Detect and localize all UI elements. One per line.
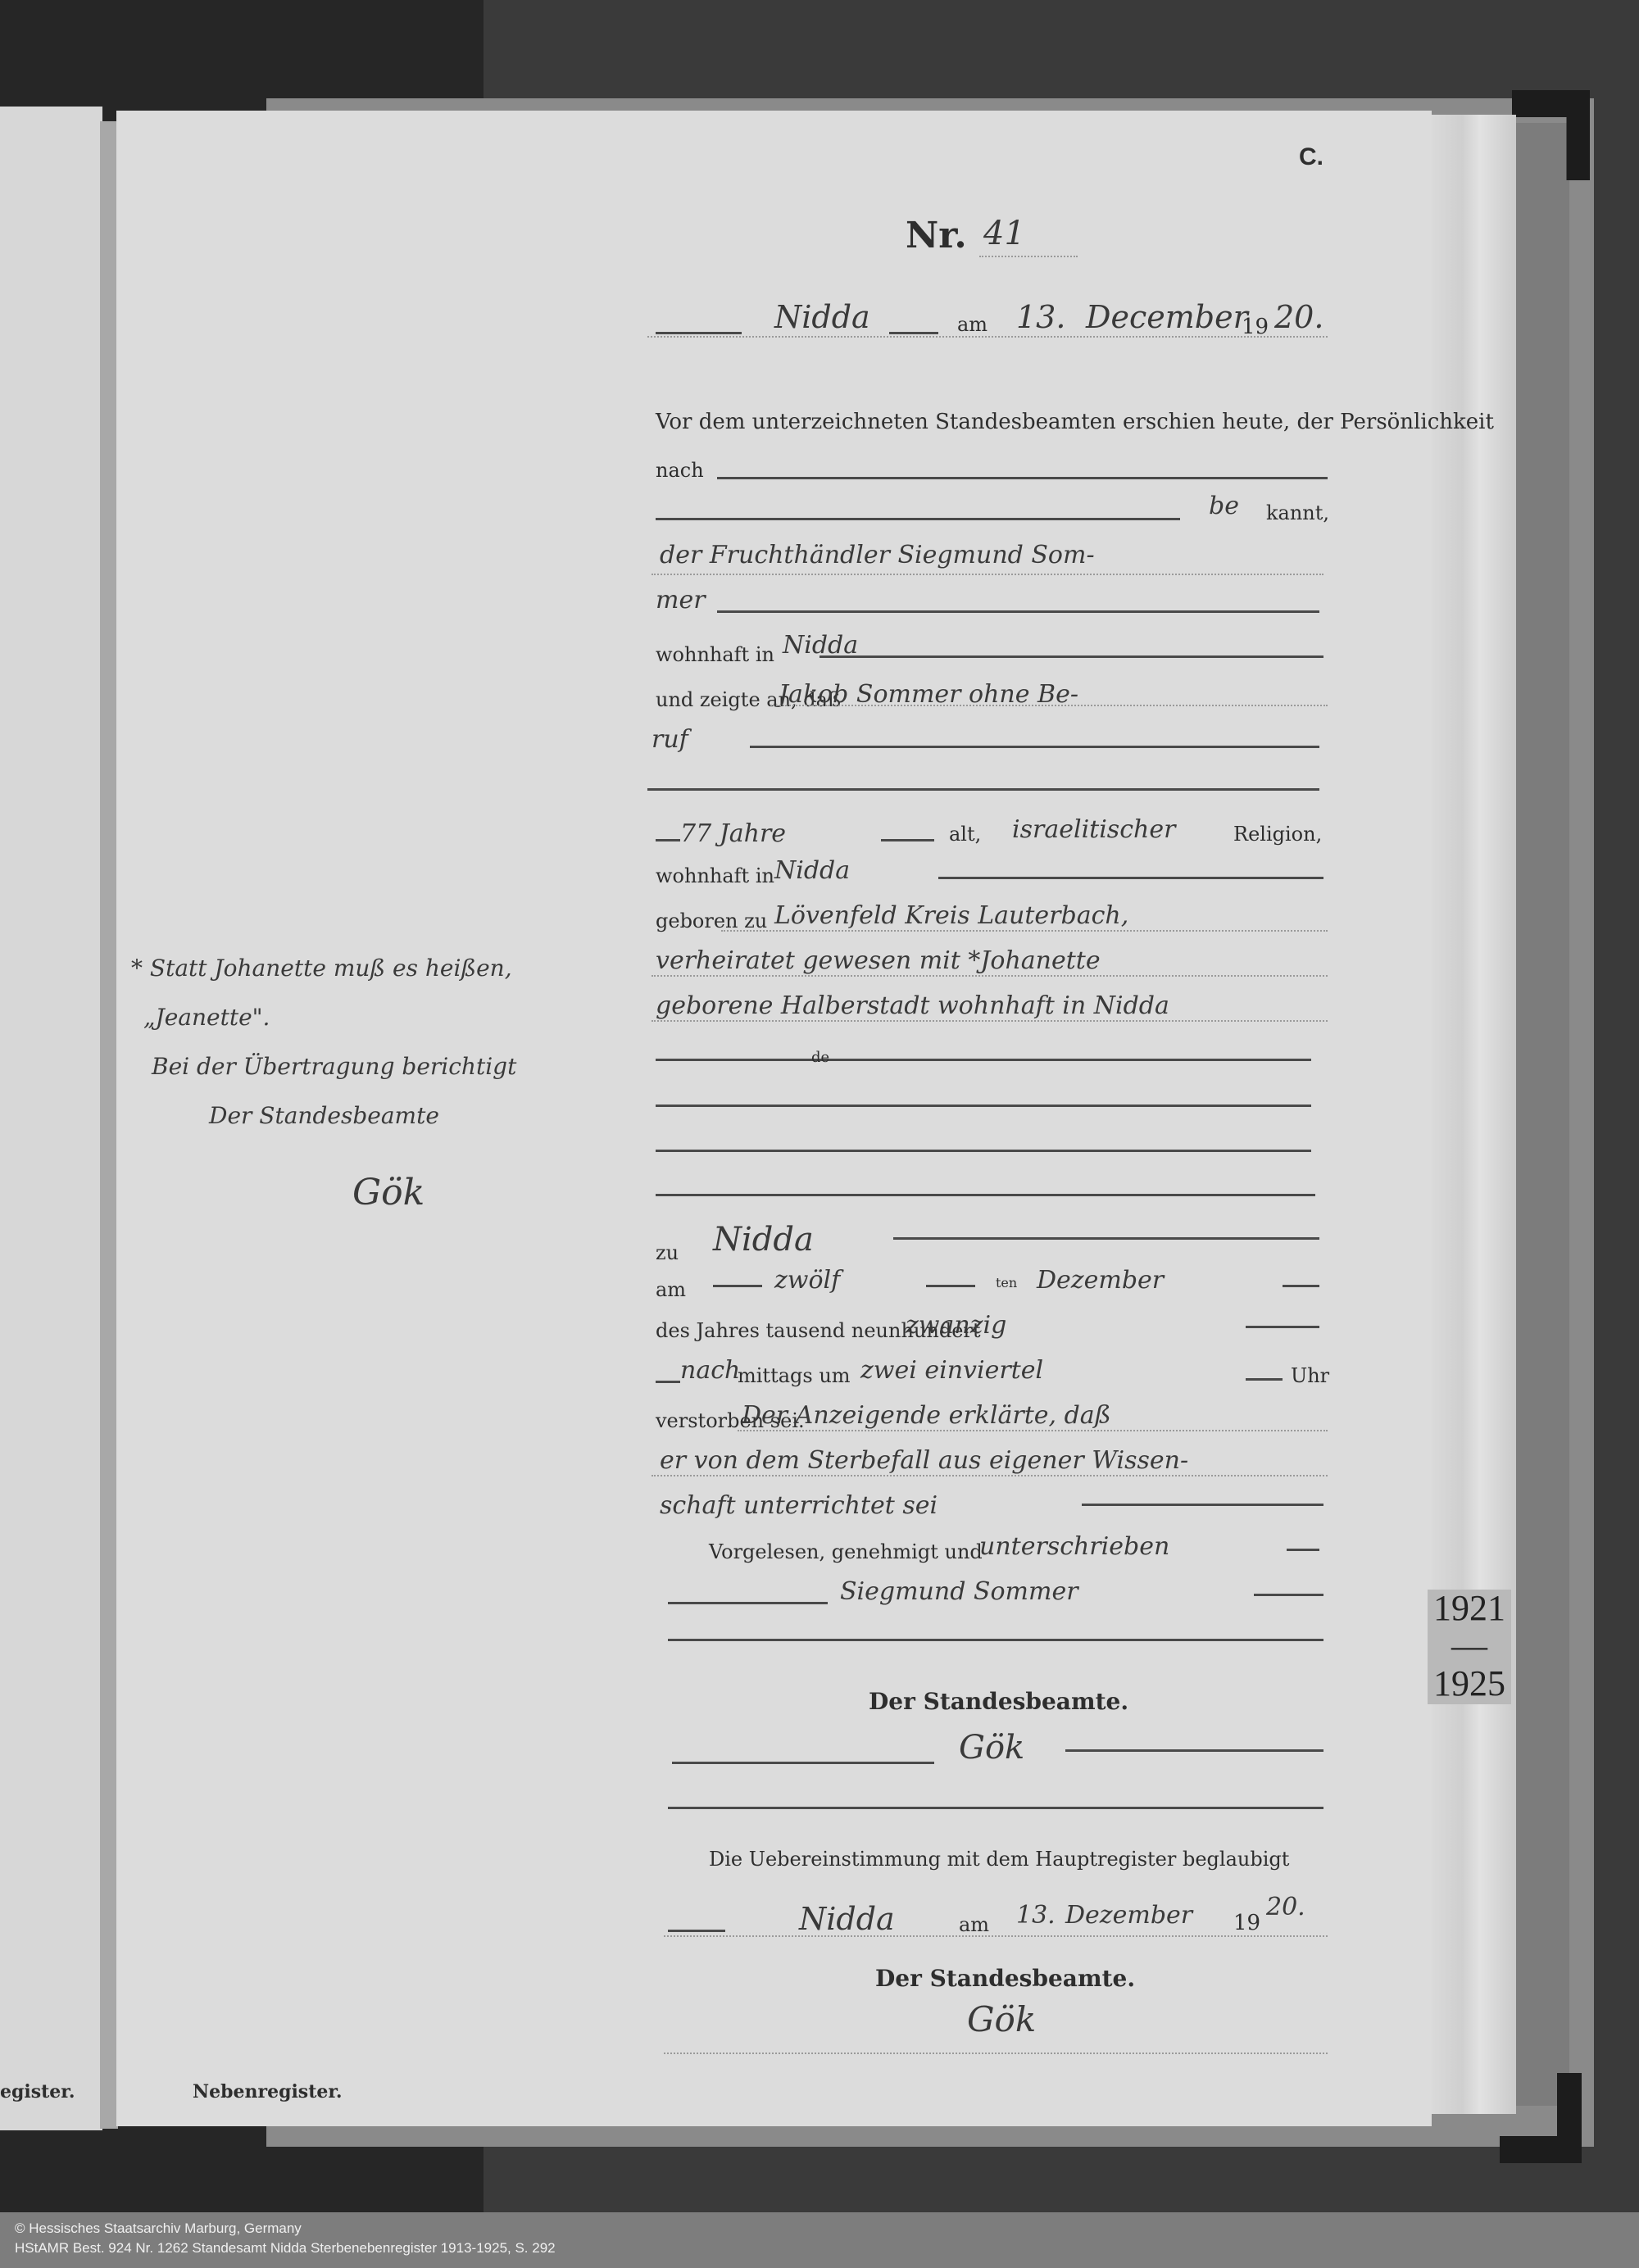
deceased-residence-label: wohnhaft in bbox=[656, 864, 774, 887]
register-label: Nebenregister. bbox=[193, 2081, 343, 2102]
geboren-label: geboren zu bbox=[656, 909, 767, 932]
intro-text: Vor dem unterzeichneten Standesbeamten e… bbox=[656, 410, 1494, 434]
mittags-label: mittags um bbox=[738, 1364, 851, 1387]
nach-hand: nach bbox=[680, 1356, 740, 1385]
spouse-line2: geborene Halberstadt wohnhaft in Nidda bbox=[656, 991, 1169, 1020]
cert-day: 13. bbox=[1016, 1901, 1056, 1930]
year-suffix: 20. bbox=[1274, 299, 1323, 335]
place: Nidda bbox=[774, 299, 870, 335]
tab-dash: — bbox=[1428, 1627, 1511, 1665]
statement-line2: er von dem Sterbefall aus eigener Wissen… bbox=[660, 1446, 1188, 1475]
date-month: December bbox=[1086, 299, 1248, 335]
death-place: Nidda bbox=[713, 1221, 814, 1259]
tab-year-end: 1925 bbox=[1428, 1665, 1511, 1703]
margin-note-line4: Der Standesbeamte bbox=[209, 1102, 439, 1129]
death-time: zwei einviertel bbox=[860, 1356, 1043, 1385]
number-value: 41 bbox=[983, 215, 1025, 252]
wohnhaft-label: wohnhaft in bbox=[656, 643, 774, 666]
bekannt-prefix: be bbox=[1209, 492, 1239, 520]
left-register-label: egister. bbox=[0, 2081, 75, 2102]
unterschrieben-hand: unterschrieben bbox=[979, 1532, 1169, 1561]
left-page bbox=[0, 107, 102, 2130]
cert-year-suffix: 20. bbox=[1266, 1893, 1305, 1921]
am-label: am bbox=[957, 313, 987, 336]
spouse-line1: verheiratet gewesen mit *Johanette bbox=[656, 946, 1101, 975]
number-label: Nr. bbox=[906, 215, 967, 256]
registrar-signature: Gök bbox=[959, 1729, 1024, 1767]
archive-footer: © Hessisches Staatsarchiv Marburg, Germa… bbox=[0, 2212, 1639, 2268]
cert-place: Nidda bbox=[799, 1901, 895, 1937]
age-value: 77 Jahre bbox=[680, 819, 786, 848]
de-label: de bbox=[811, 1049, 829, 1066]
birthplace: Lövenfeld Kreis Lauterbach, bbox=[774, 901, 1128, 930]
registrar-signature-2: Gök bbox=[967, 1999, 1036, 2039]
form-letter: C. bbox=[1299, 143, 1323, 171]
spine-year-tab: 1921 — 1925 bbox=[1428, 1590, 1511, 1704]
margin-note-line2: „Jeanette". bbox=[143, 1004, 270, 1031]
margin-note-line3: Bei der Übertragung berichtigt bbox=[152, 1053, 516, 1080]
deceased-residence: Nidda bbox=[774, 856, 850, 885]
margin-note-signature: Gök bbox=[352, 1172, 425, 1213]
alt-label: alt, bbox=[949, 823, 981, 846]
margin-note-line1: * Statt Johanette muß es heißen, bbox=[131, 955, 512, 982]
registrar-title-2: Der Standesbeamte. bbox=[875, 1965, 1135, 1992]
zu-label: zu bbox=[656, 1241, 679, 1264]
informant-line1: der Fruchthändler Siegmund Som- bbox=[660, 541, 1095, 569]
tab-year-start: 1921 bbox=[1428, 1590, 1511, 1627]
informant-signature: Siegmund Sommer bbox=[840, 1577, 1078, 1606]
death-day: zwölf bbox=[774, 1266, 840, 1295]
cert-year-prefix: 19 bbox=[1233, 1911, 1260, 1935]
deceased-line2: ruf bbox=[652, 725, 688, 754]
citation-text: HStAMR Best. 924 Nr. 1262 Standesamt Nid… bbox=[15, 2239, 1624, 2258]
death-year-word: zwanzig bbox=[906, 1311, 1006, 1340]
copyright-text: © Hessisches Staatsarchiv Marburg, Germa… bbox=[15, 2219, 1624, 2239]
ten-label: ten bbox=[996, 1275, 1017, 1290]
cert-am-label: am bbox=[959, 1913, 989, 1936]
informant-line2: mer bbox=[656, 586, 706, 615]
date-day: 13. bbox=[1016, 299, 1065, 335]
death-month: Dezember bbox=[1037, 1266, 1164, 1295]
book-gutter bbox=[100, 121, 118, 2129]
cert-month: Dezember bbox=[1065, 1901, 1192, 1930]
statement-line3: schaft unterrichtet sei bbox=[660, 1491, 938, 1520]
nach-label: nach bbox=[656, 459, 704, 482]
vorgelesen-label: Vorgelesen, genehmigt und bbox=[709, 1540, 983, 1563]
religion-value: israelitischer bbox=[1012, 815, 1175, 844]
am2-label: am bbox=[656, 1278, 686, 1301]
religion-label: Religion, bbox=[1233, 823, 1322, 846]
statement-line1: Der Anzeigende erklärte, daß bbox=[742, 1401, 1111, 1430]
registrar-title: Der Standesbeamte. bbox=[869, 1688, 1128, 1715]
certification-text: Die Uebereinstimmung mit dem Hauptregist… bbox=[709, 1848, 1289, 1871]
uhr-label: Uhr bbox=[1291, 1364, 1329, 1387]
bekannt-label: kannt, bbox=[1266, 501, 1329, 524]
